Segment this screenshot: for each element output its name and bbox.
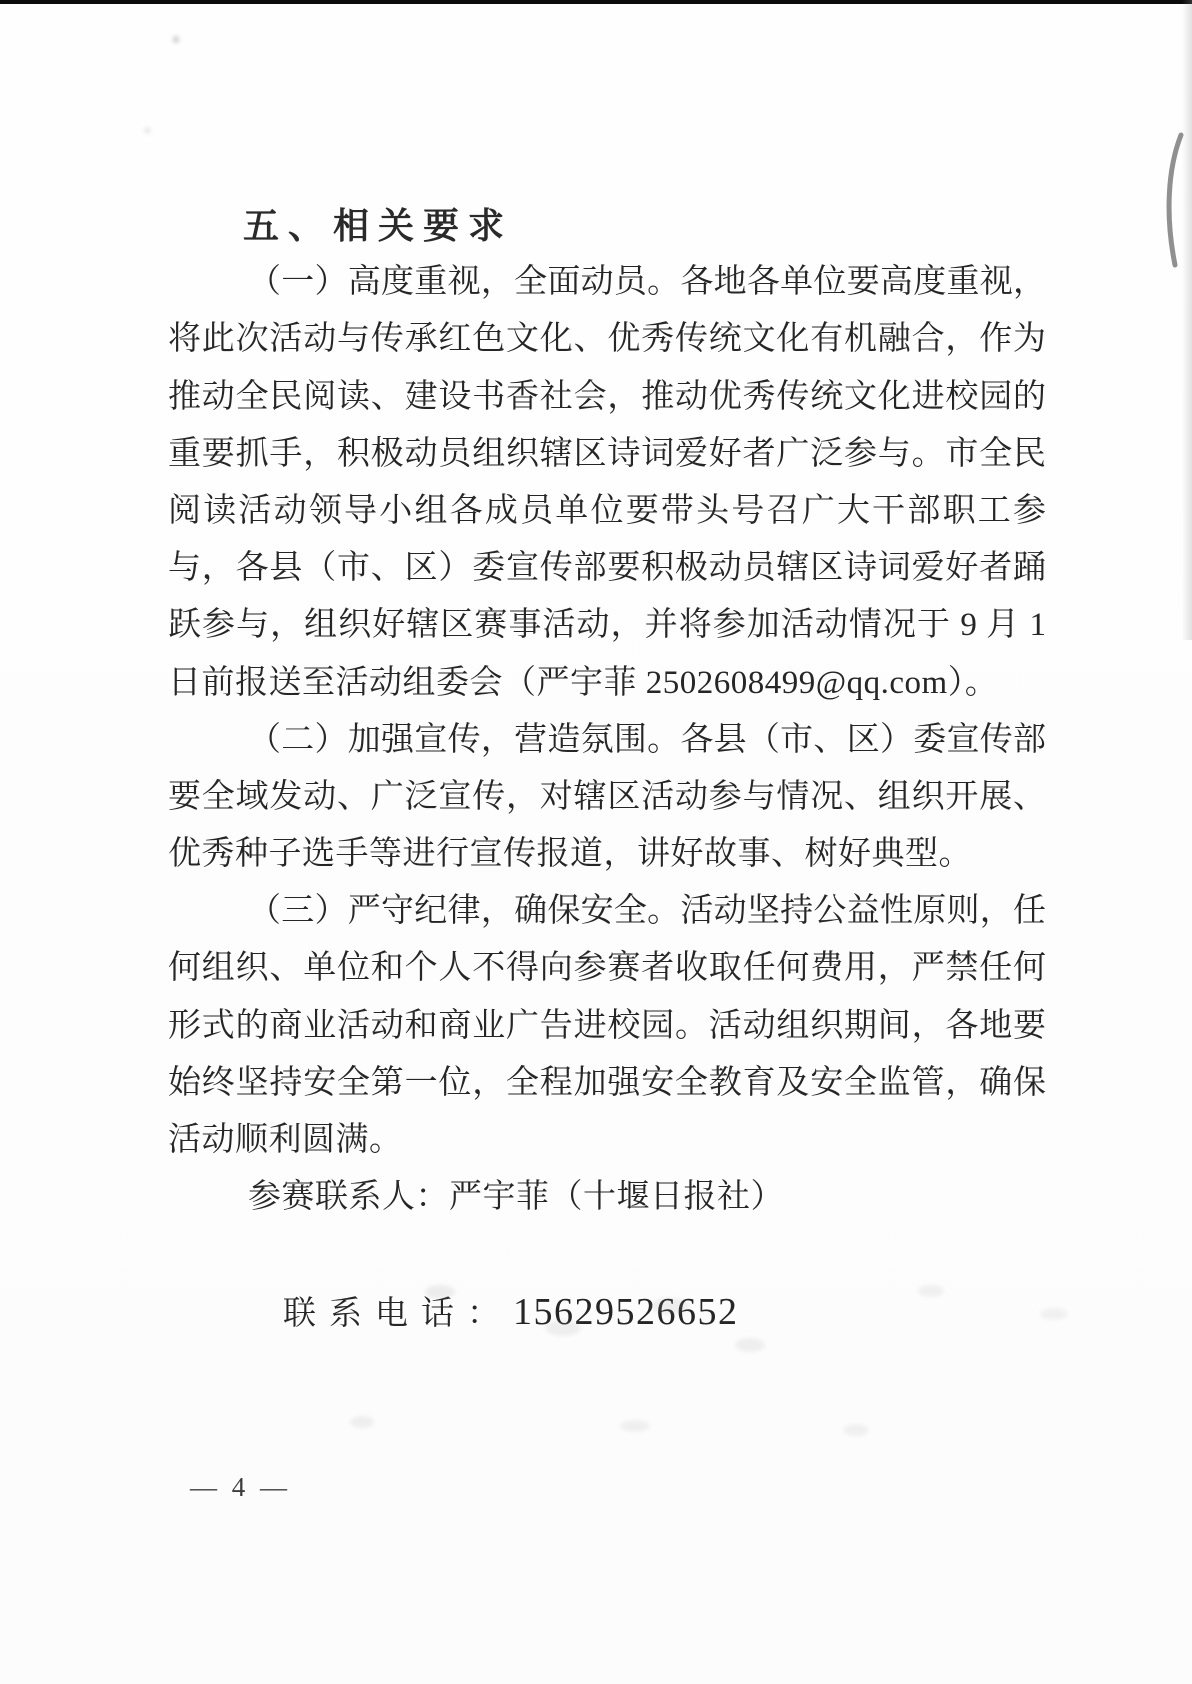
scan-edge-artifact-top — [0, 0, 1192, 4]
body-line: 日前报送至活动组委会（严宇菲 2502608499@qq.com）。 — [168, 655, 1046, 712]
scan-speck — [350, 1416, 374, 1428]
page-number: — 4 — — [190, 1472, 291, 1503]
body-line: 要全域发动、广泛宣传，对辖区活动参与情况、组织开展、 — [168, 769, 1046, 826]
scan-speck — [650, 1298, 690, 1314]
body-line: 将此次活动与传承红色文化、优秀传统文化有机融合，作为 — [168, 311, 1046, 368]
scan-speck — [545, 1320, 581, 1336]
body-line: 优秀种子选手等进行宣传报道，讲好故事、树好典型。 — [168, 826, 1046, 883]
scan-speck — [145, 128, 150, 133]
body-line: 活动顺利圆满。 — [168, 1112, 1046, 1169]
scan-speck — [425, 1285, 455, 1299]
section-heading: 五、相关要求 — [168, 197, 1046, 254]
body-line: 始终坚持安全第一位，全程加强安全教育及安全监管，确保 — [168, 1055, 1046, 1112]
body-line: （三）严守纪律，确保安全。活动坚持公益性原则，任 — [168, 883, 1046, 940]
body-line: 推动全民阅读、建设书香社会，推动优秀传统文化进校园的 — [168, 369, 1046, 426]
scan-speck — [173, 36, 179, 43]
scan-speck — [735, 1338, 765, 1352]
scan-speck — [843, 1424, 869, 1436]
phone-label: 联系电话： — [283, 1296, 513, 1332]
body-line: 与，各县（市、区）委宣传部要积极动员辖区诗词爱好者踊 — [168, 540, 1046, 597]
body-line: 何组织、单位和个人不得向参赛者收取任何费用，严禁任何 — [168, 940, 1046, 997]
body-line: （二）加强宣传，营造氛围。各县（市、区）委宣传部 — [168, 712, 1046, 769]
body-line: 阅读活动领导小组各成员单位要带头号召广大干部职工参 — [168, 483, 1046, 540]
contact-phone-line: 联系电话：15629526652 — [168, 1226, 1046, 1283]
body-line: 跃参与，组织好辖区赛事活动，并将参加活动情况于 9 月 1 — [168, 597, 1046, 654]
scan-speck — [918, 1285, 944, 1297]
body-line: 重要抓手，积极动员组织辖区诗词爱好者广泛参与。市全民 — [168, 426, 1046, 483]
contact-person-line: 参赛联系人：严宇菲（十堰日报社） — [168, 1169, 1046, 1226]
body-line: （一）高度重视，全面动员。各地各单位要高度重视， — [168, 254, 1046, 311]
scan-speck — [1040, 1308, 1068, 1320]
scan-mark-artifact — [1160, 130, 1186, 270]
scan-speck — [620, 1420, 650, 1432]
scan-edge-shade — [1182, 0, 1192, 640]
body-line: 形式的商业活动和商业广告进校园。活动组织期间，各地要 — [168, 998, 1046, 1055]
document-body: 五、相关要求 （一）高度重视，全面动员。各地各单位要高度重视， 将此次活动与传承… — [168, 197, 1046, 1284]
